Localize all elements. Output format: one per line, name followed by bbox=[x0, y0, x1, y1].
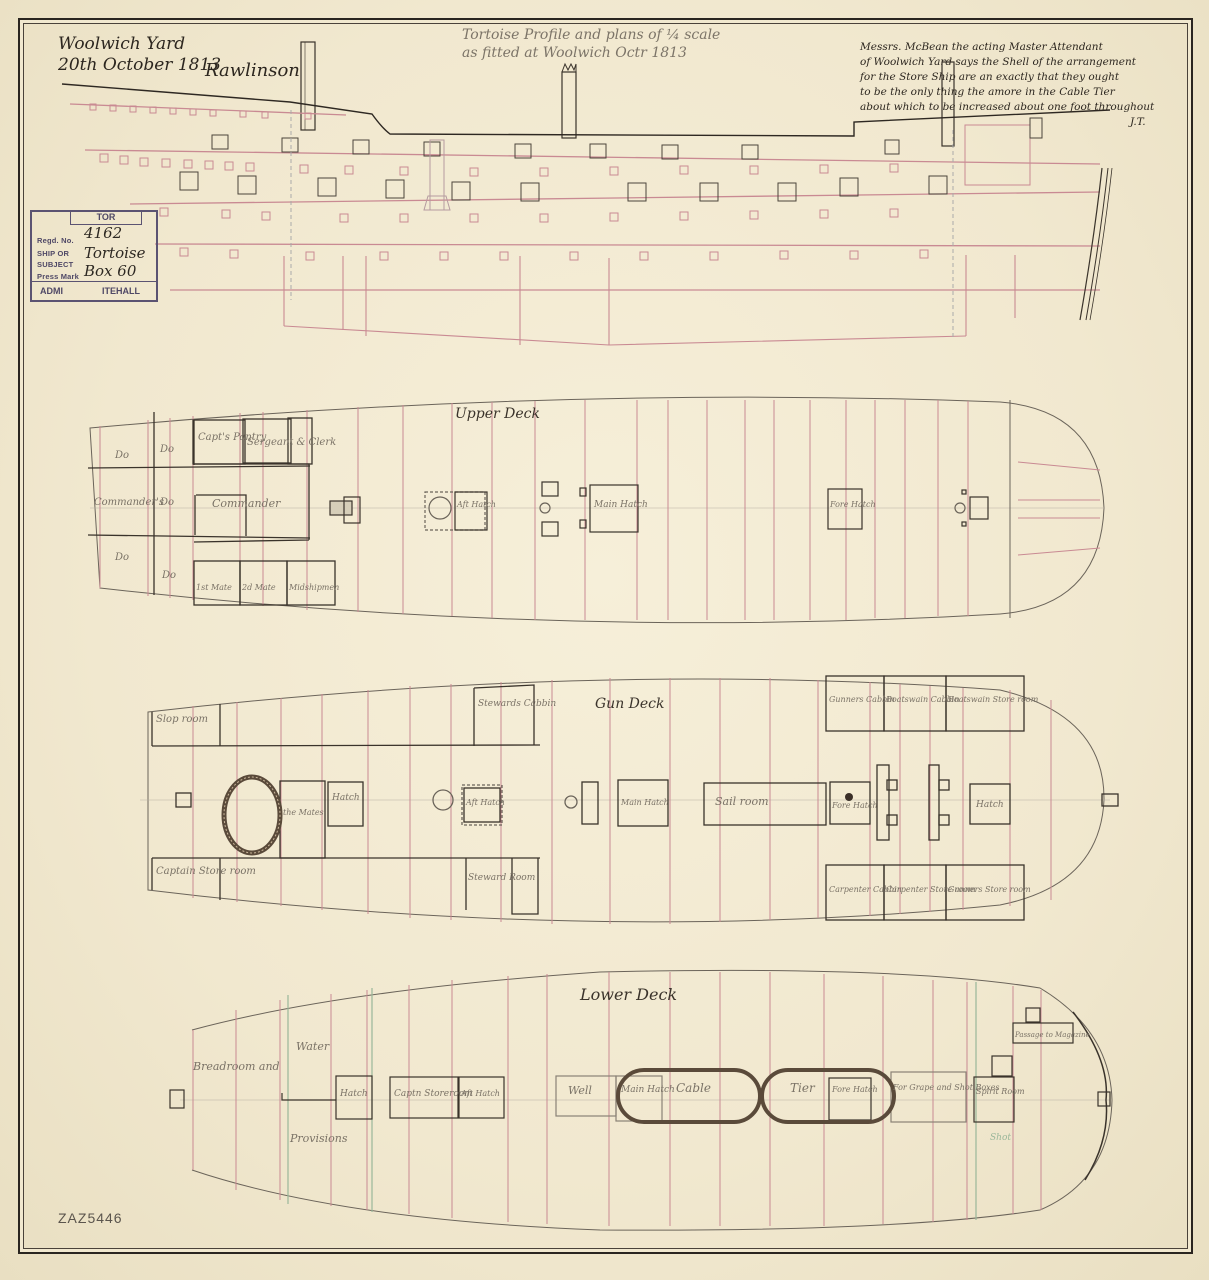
room-label: Do bbox=[114, 450, 129, 461]
stamp-label: SHIP OR bbox=[37, 249, 69, 258]
room-label: Water bbox=[296, 1040, 330, 1053]
hatch-label: Aft Hatch bbox=[465, 798, 505, 807]
room-label: Provisions bbox=[289, 1132, 348, 1145]
hatch-label: Fore Hatch bbox=[831, 801, 878, 810]
stamp-press-mark: Box 60 bbox=[84, 262, 136, 280]
hatch-label: Main Hatch bbox=[620, 1085, 675, 1095]
profile-view bbox=[62, 42, 1112, 345]
room-label: Do bbox=[161, 570, 176, 581]
hatch-label: Hatch bbox=[331, 793, 360, 803]
hatch-label: Fore Hatch bbox=[831, 1085, 878, 1094]
room-label: Slop room bbox=[156, 714, 208, 725]
hatch-label: Aft Hatch bbox=[460, 1089, 500, 1098]
room-label: 1st Mate bbox=[196, 583, 232, 592]
room-label: Shot bbox=[990, 1133, 1011, 1143]
gun-deck-plan: Gun Deck Slop room Stewards Cabbin Capta… bbox=[140, 676, 1118, 924]
upper-deck-plan: Upper Deck Capt's Pantry Sergeant & Cler… bbox=[88, 397, 1105, 622]
reference-code: ZAZ5446 bbox=[58, 1210, 123, 1226]
room-label: Well bbox=[568, 1084, 592, 1097]
room-label: Boatswain Store room bbox=[947, 695, 1039, 704]
hatch-label: Main Hatch bbox=[620, 798, 669, 807]
room-label: Cable bbox=[676, 1081, 711, 1095]
room-label: Steward Room bbox=[468, 873, 535, 883]
hatch-label: Hatch bbox=[975, 800, 1004, 810]
gun-deck-title: Gun Deck bbox=[595, 696, 665, 712]
room-label: Commander bbox=[212, 497, 281, 510]
stamp-header: TOR bbox=[70, 210, 142, 225]
room-label: Captain Store room bbox=[156, 866, 256, 877]
upper-deck-title: Upper Deck bbox=[455, 406, 540, 422]
registry-stamp: TOR Regd. No. SHIP OR SUBJECT Press Mark… bbox=[30, 210, 158, 302]
room-label: Stewards Cabbin bbox=[478, 699, 556, 709]
room-label: Do bbox=[159, 497, 174, 508]
stamp-label: Press Mark bbox=[37, 272, 79, 281]
hatch-label: Main Hatch bbox=[593, 500, 648, 510]
ship-drawing: Upper Deck Capt's Pantry Sergeant & Cler… bbox=[0, 0, 1209, 1280]
room-label: Passage to Magazine bbox=[1014, 1031, 1090, 1039]
room-label: Tier bbox=[790, 1081, 816, 1095]
stamp-footer-right: ITEHALL bbox=[102, 282, 140, 300]
hatch-label: Aft Hatch bbox=[456, 500, 496, 509]
lower-deck-plan: Lower Deck Water Breadroom and Provision… bbox=[170, 970, 1112, 1230]
room-label: Midshipmen bbox=[288, 583, 339, 592]
stamp-label: Regd. No. bbox=[37, 236, 74, 245]
stamp-ship-name: Tortoise bbox=[84, 244, 145, 262]
stamp-regd-no: 4162 bbox=[84, 224, 122, 242]
hatch-label: Fore Hatch bbox=[829, 500, 876, 509]
stamp-label: SUBJECT bbox=[37, 260, 73, 269]
stamp-footer-left: ADMI bbox=[40, 282, 63, 300]
room-label: Sail room bbox=[715, 795, 769, 808]
hatch-label: Hatch bbox=[339, 1089, 368, 1099]
room-label: Breadroom and bbox=[192, 1060, 280, 1073]
room-label: Spirit Room bbox=[976, 1087, 1025, 1096]
room-label: Gunners Store room bbox=[948, 885, 1031, 894]
room-label: the Mates bbox=[283, 808, 324, 817]
stamp-footer: ADMI ITEHALL bbox=[32, 281, 156, 300]
room-label: Commander's bbox=[94, 497, 164, 508]
room-label: 2d Mate bbox=[241, 583, 276, 592]
room-label: Do bbox=[159, 444, 174, 455]
room-label: Do bbox=[114, 552, 129, 563]
lower-deck-title: Lower Deck bbox=[579, 985, 677, 1004]
room-label: Sergeant & Clerk bbox=[247, 437, 336, 448]
